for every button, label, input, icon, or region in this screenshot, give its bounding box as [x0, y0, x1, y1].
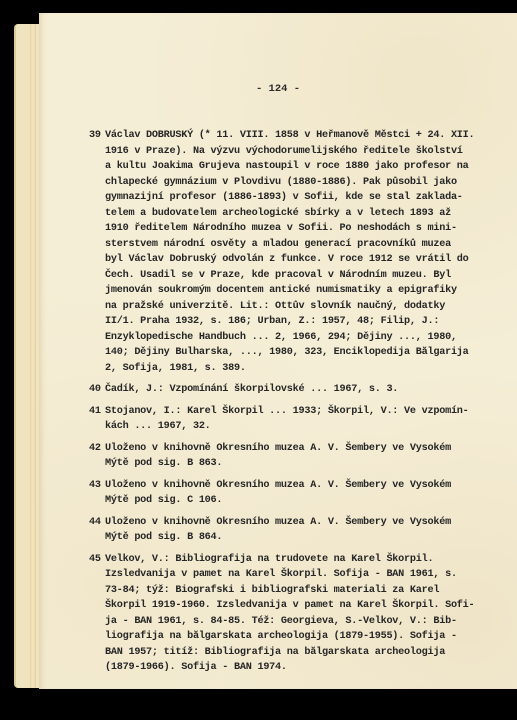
footnote-number: 44: [89, 515, 105, 546]
footnote-number: 43: [89, 478, 105, 509]
footnote-line: 1916 v Praze). Na výzvu východorumelijsk…: [105, 144, 489, 160]
footnote-line: Uloženo v knihovně Okresního muzea A. V.…: [105, 441, 489, 457]
footnote-line: gymnazijní profesor (1886-1893) v Sofii,…: [105, 190, 489, 206]
footnote-line: Uloženo v knihovně Okresního muzea A. V.…: [105, 515, 489, 531]
document-page: - 124 - 39Václav DOBRUSKÝ (* 11. VIII. 1…: [39, 13, 517, 689]
footnote-text: Velkov, V.: Bibliografija na trudovete n…: [105, 552, 489, 676]
footnote-line: Čadík, J.: Vzpomínání škorpilovské ... 1…: [105, 382, 489, 398]
footnote-number: 42: [89, 441, 105, 472]
footnote-line: Václav DOBRUSKÝ (* 11. VIII. 1858 v Heřm…: [105, 128, 489, 144]
footnote-43: 43Uloženo v knihovně Okresního muzea A. …: [89, 478, 489, 509]
footnote-line: kách ... 1967, 32.: [105, 419, 489, 435]
footnote-line: II/1. Praha 1932, s. 186; Urban, Z.: 195…: [105, 314, 489, 330]
footnote-line: Velkov, V.: Bibliografija na trudovete n…: [105, 552, 489, 568]
footnote-line: Enzyklopedische Handbuch ... 2, 1966, 29…: [105, 330, 489, 346]
footnote-line: Čech. Usadil se v Praze, kde pracoval v …: [105, 268, 489, 284]
footnote-line: byl Václav Dobruský odvolán z funkce. V …: [105, 252, 489, 268]
footnote-39: 39Václav DOBRUSKÝ (* 11. VIII. 1858 v He…: [89, 128, 489, 376]
footnote-number: 39: [89, 128, 105, 376]
footnote-41: 41Stojanov, I.: Karel Škorpil ... 1933; …: [89, 404, 489, 435]
footnote-line: chlapecké gymnázium v Plovdivu (1880-188…: [105, 175, 489, 191]
footnote-44: 44Uloženo v knihovně Okresního muzea A. …: [89, 515, 489, 546]
footnote-line: telem a budovatelem archeologické sbírky…: [105, 206, 489, 222]
footnote-line: 140; Dějiny Bulharska, ..., 1980, 323, E…: [105, 345, 489, 361]
footnote-text: Čadík, J.: Vzpomínání škorpilovské ... 1…: [105, 382, 489, 398]
footnote-line: Škorpil 1919-1960. Izsledvanija v pamet …: [105, 598, 489, 614]
footnote-text: Václav DOBRUSKÝ (* 11. VIII. 1858 v Heřm…: [105, 128, 489, 376]
footnote-number: 45: [89, 552, 105, 676]
footnote-line: a kultu Joakima Grujeva nastoupil v roce…: [105, 159, 489, 175]
footnote-line: Stojanov, I.: Karel Škorpil ... 1933; Šk…: [105, 404, 489, 420]
footnote-line: Mýtě pod sig. C 106.: [105, 493, 489, 509]
page-number: - 124 -: [39, 83, 517, 95]
footnote-line: na pražské univerzitě. Lit.: Ottův slovn…: [105, 299, 489, 315]
footnote-line: (1879-1966). Sofija - BAN 1974.: [105, 660, 489, 676]
footnote-40: 40Čadík, J.: Vzpomínání škorpilovské ...…: [89, 382, 489, 398]
footnote-line: BAN 1957; titíž: Bibliografija na bălgar…: [105, 645, 489, 661]
footnote-line: sterstvem národní osvěty a mladou genera…: [105, 237, 489, 253]
page-fold: [30, 24, 36, 688]
footnote-text: Uloženo v knihovně Okresního muzea A. V.…: [105, 515, 489, 546]
footnote-42: 42Uloženo v knihovně Okresního muzea A. …: [89, 441, 489, 472]
footnote-line: liografija na bălgarskata archeologija (…: [105, 629, 489, 645]
footnote-line: Mýtě pod sig. B 863.: [105, 456, 489, 472]
footnote-text: Uloženo v knihovně Okresního muzea A. V.…: [105, 478, 489, 509]
footnote-45: 45Velkov, V.: Bibliografija na trudovete…: [89, 552, 489, 676]
footnote-line: Izsledvanija v pamet na Karel Škorpil. S…: [105, 567, 489, 583]
footnote-line: 2, Sofija, 1981, s. 389.: [105, 361, 489, 377]
footnote-number: 41: [89, 404, 105, 435]
footnote-line: 1910 ředitelem Národního muzea v Sofii. …: [105, 221, 489, 237]
footnote-line: Mýtě pod sig. B 864.: [105, 530, 489, 546]
footnote-text: Stojanov, I.: Karel Škorpil ... 1933; Šk…: [105, 404, 489, 435]
footnote-line: Uloženo v knihovně Okresního muzea A. V.…: [105, 478, 489, 494]
footnote-number: 40: [89, 382, 105, 398]
footnote-line: ja - BAN 1961, s. 84-85. Též: Georgieva,…: [105, 614, 489, 630]
footnote-line: jmenován soukromým docentem antické numi…: [105, 283, 489, 299]
footnote-text: Uloženo v knihovně Okresního muzea A. V.…: [105, 441, 489, 472]
footnote-line: 73-84; týž: Biografski i bibliografski m…: [105, 583, 489, 599]
footnotes-list: 39Václav DOBRUSKÝ (* 11. VIII. 1858 v He…: [89, 128, 489, 682]
